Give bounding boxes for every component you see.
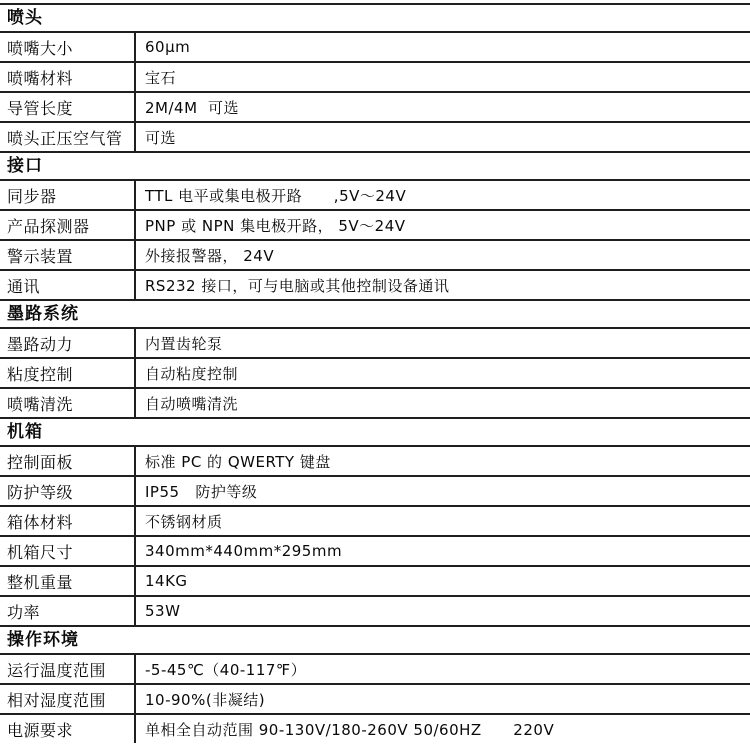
spec-value: 14KG bbox=[136, 567, 750, 595]
table-row: 导管长度 2M/4M 可选 bbox=[0, 91, 750, 121]
spec-value: 内置齿轮泵 bbox=[136, 329, 750, 357]
spec-label: 功率 bbox=[0, 597, 136, 625]
section-title-interface: 接口 bbox=[0, 151, 750, 179]
table-row: 粘度控制 自动粘度控制 bbox=[0, 357, 750, 387]
spec-value: 2M/4M 可选 bbox=[136, 93, 750, 121]
spec-table: 喷头 喷嘴大小 60μm 喷嘴材料 宝石 导管长度 2M/4M 可选 喷头正压空… bbox=[0, 0, 750, 743]
spec-value: 单相全自动范围 90-130V/180-260V 50/60HZ 220V bbox=[136, 715, 750, 743]
spec-value: RS232 接口，可与电脑或其他控制设备通讯 bbox=[136, 271, 750, 299]
table-row: 机箱尺寸 340mm*440mm*295mm bbox=[0, 535, 750, 565]
spec-label: 警示装置 bbox=[0, 241, 136, 269]
spec-label: 机箱尺寸 bbox=[0, 537, 136, 565]
spec-label: 粘度控制 bbox=[0, 359, 136, 387]
spec-value: IP55 防护等级 bbox=[136, 477, 750, 505]
spec-value: 340mm*440mm*295mm bbox=[136, 537, 750, 565]
table-row: 通讯 RS232 接口，可与电脑或其他控制设备通讯 bbox=[0, 269, 750, 299]
spec-value: 10-90%(非凝结) bbox=[136, 685, 750, 713]
spec-label: 通讯 bbox=[0, 271, 136, 299]
spec-value: 可选 bbox=[136, 123, 750, 151]
section-title-printhead: 喷头 bbox=[0, 3, 750, 31]
table-row: 喷嘴材料 宝石 bbox=[0, 61, 750, 91]
table-row: 墨路动力 内置齿轮泵 bbox=[0, 327, 750, 357]
table-row: 功率 53W bbox=[0, 595, 750, 625]
spec-value: 宝石 bbox=[136, 63, 750, 91]
spec-value: 标准 PC 的 QWERTY 键盘 bbox=[136, 447, 750, 475]
spec-label: 箱体材料 bbox=[0, 507, 136, 535]
spec-value: 不锈钢材质 bbox=[136, 507, 750, 535]
spec-label: 同步器 bbox=[0, 181, 136, 209]
spec-value: PNP 或 NPN 集电极开路， 5V～24V bbox=[136, 211, 750, 239]
spec-value: TTL 电平或集电极开路 ,5V～24V bbox=[136, 181, 750, 209]
table-row: 同步器 TTL 电平或集电极开路 ,5V～24V bbox=[0, 179, 750, 209]
spec-label: 电源要求 bbox=[0, 715, 136, 743]
spec-label: 喷嘴清洗 bbox=[0, 389, 136, 417]
spec-value: 外接报警器， 24V bbox=[136, 241, 750, 269]
table-row: 警示装置 外接报警器， 24V bbox=[0, 239, 750, 269]
spec-label: 整机重量 bbox=[0, 567, 136, 595]
section-title-ink-system: 墨路系统 bbox=[0, 299, 750, 327]
spec-value: 自动粘度控制 bbox=[136, 359, 750, 387]
table-row: 电源要求 单相全自动范围 90-130V/180-260V 50/60HZ 22… bbox=[0, 713, 750, 743]
table-row: 整机重量 14KG bbox=[0, 565, 750, 595]
table-row: 喷头正压空气管 可选 bbox=[0, 121, 750, 151]
spec-label: 运行温度范围 bbox=[0, 655, 136, 683]
spec-value: 60μm bbox=[136, 33, 750, 61]
spec-label: 墨路动力 bbox=[0, 329, 136, 357]
spec-value: 自动喷嘴清洗 bbox=[136, 389, 750, 417]
table-row: 运行温度范围 -5-45℃（40-117℉） bbox=[0, 653, 750, 683]
spec-label: 喷嘴材料 bbox=[0, 63, 136, 91]
table-row: 产品探测器 PNP 或 NPN 集电极开路， 5V～24V bbox=[0, 209, 750, 239]
table-row: 喷嘴清洗 自动喷嘴清洗 bbox=[0, 387, 750, 417]
section-title-operating-environment: 操作环境 bbox=[0, 625, 750, 653]
spec-label: 喷嘴大小 bbox=[0, 33, 136, 61]
table-row: 喷嘴大小 60μm bbox=[0, 31, 750, 61]
section-title-cabinet: 机箱 bbox=[0, 417, 750, 445]
spec-label: 产品探测器 bbox=[0, 211, 136, 239]
table-row: 防护等级 IP55 防护等级 bbox=[0, 475, 750, 505]
spec-label: 防护等级 bbox=[0, 477, 136, 505]
spec-value: -5-45℃（40-117℉） bbox=[136, 655, 750, 683]
table-row: 箱体材料 不锈钢材质 bbox=[0, 505, 750, 535]
spec-label: 控制面板 bbox=[0, 447, 136, 475]
spec-label: 导管长度 bbox=[0, 93, 136, 121]
table-row: 相对湿度范围 10-90%(非凝结) bbox=[0, 683, 750, 713]
spec-value: 53W bbox=[136, 597, 750, 625]
table-row: 控制面板 标准 PC 的 QWERTY 键盘 bbox=[0, 445, 750, 475]
spec-label: 喷头正压空气管 bbox=[0, 123, 136, 151]
spec-label: 相对湿度范围 bbox=[0, 685, 136, 713]
